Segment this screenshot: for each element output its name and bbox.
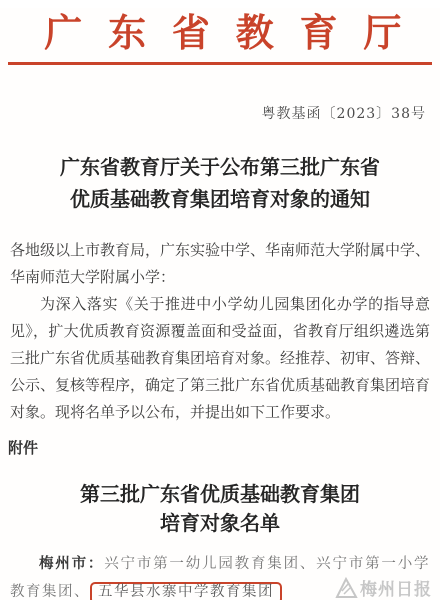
highlighted-school-annotation: 五华县水寨中学教育集团: [90, 582, 282, 600]
list-title-line1: 第三批广东省优质基础教育集团: [80, 482, 360, 506]
salutation-paragraph: 各地级以上市教育局，广东实验中学、华南师范大学附属中学、华南师范大学附属小学：: [10, 237, 430, 291]
meizhou-daily-logo-icon: [335, 577, 359, 599]
list-title-line2: 培育对象名单: [160, 511, 280, 535]
notice-title-line2: 优质基础教育集团培育对象的通知: [70, 187, 370, 211]
agency-title: 广东省教育厅: [8, 8, 440, 58]
attachment-label: 附件: [8, 437, 440, 458]
main-paragraph: 为深入落实《关于推进中小学幼儿园集团化办学的指导意见》，扩大优质教育资源覆盖面和…: [10, 291, 430, 426]
document-page: 广东省教育厅 粤教基函〔2023〕38号 广东省教育厅关于公布第三批广东省 优质…: [0, 8, 440, 600]
letterhead-divider: [8, 62, 432, 65]
notice-title-line1: 广东省教育厅关于公布第三批广东省: [60, 155, 380, 179]
watermark-text: 梅州日报: [360, 575, 432, 600]
notice-title: 广东省教育厅关于公布第三批广东省 优质基础教育集团培育对象的通知: [0, 151, 440, 215]
letterhead: 广东省教育厅: [0, 8, 440, 65]
news-watermark: 梅州日报: [335, 575, 432, 600]
document-number: 粤教基函〔2023〕38号: [0, 103, 440, 123]
city-label: 梅州市：: [39, 555, 104, 572]
notice-body: 各地级以上市教育局，广东实验中学、华南师范大学附属中学、华南师范大学附属小学： …: [10, 237, 430, 426]
appendix-list-title: 第三批广东省优质基础教育集团 培育对象名单: [0, 480, 440, 538]
